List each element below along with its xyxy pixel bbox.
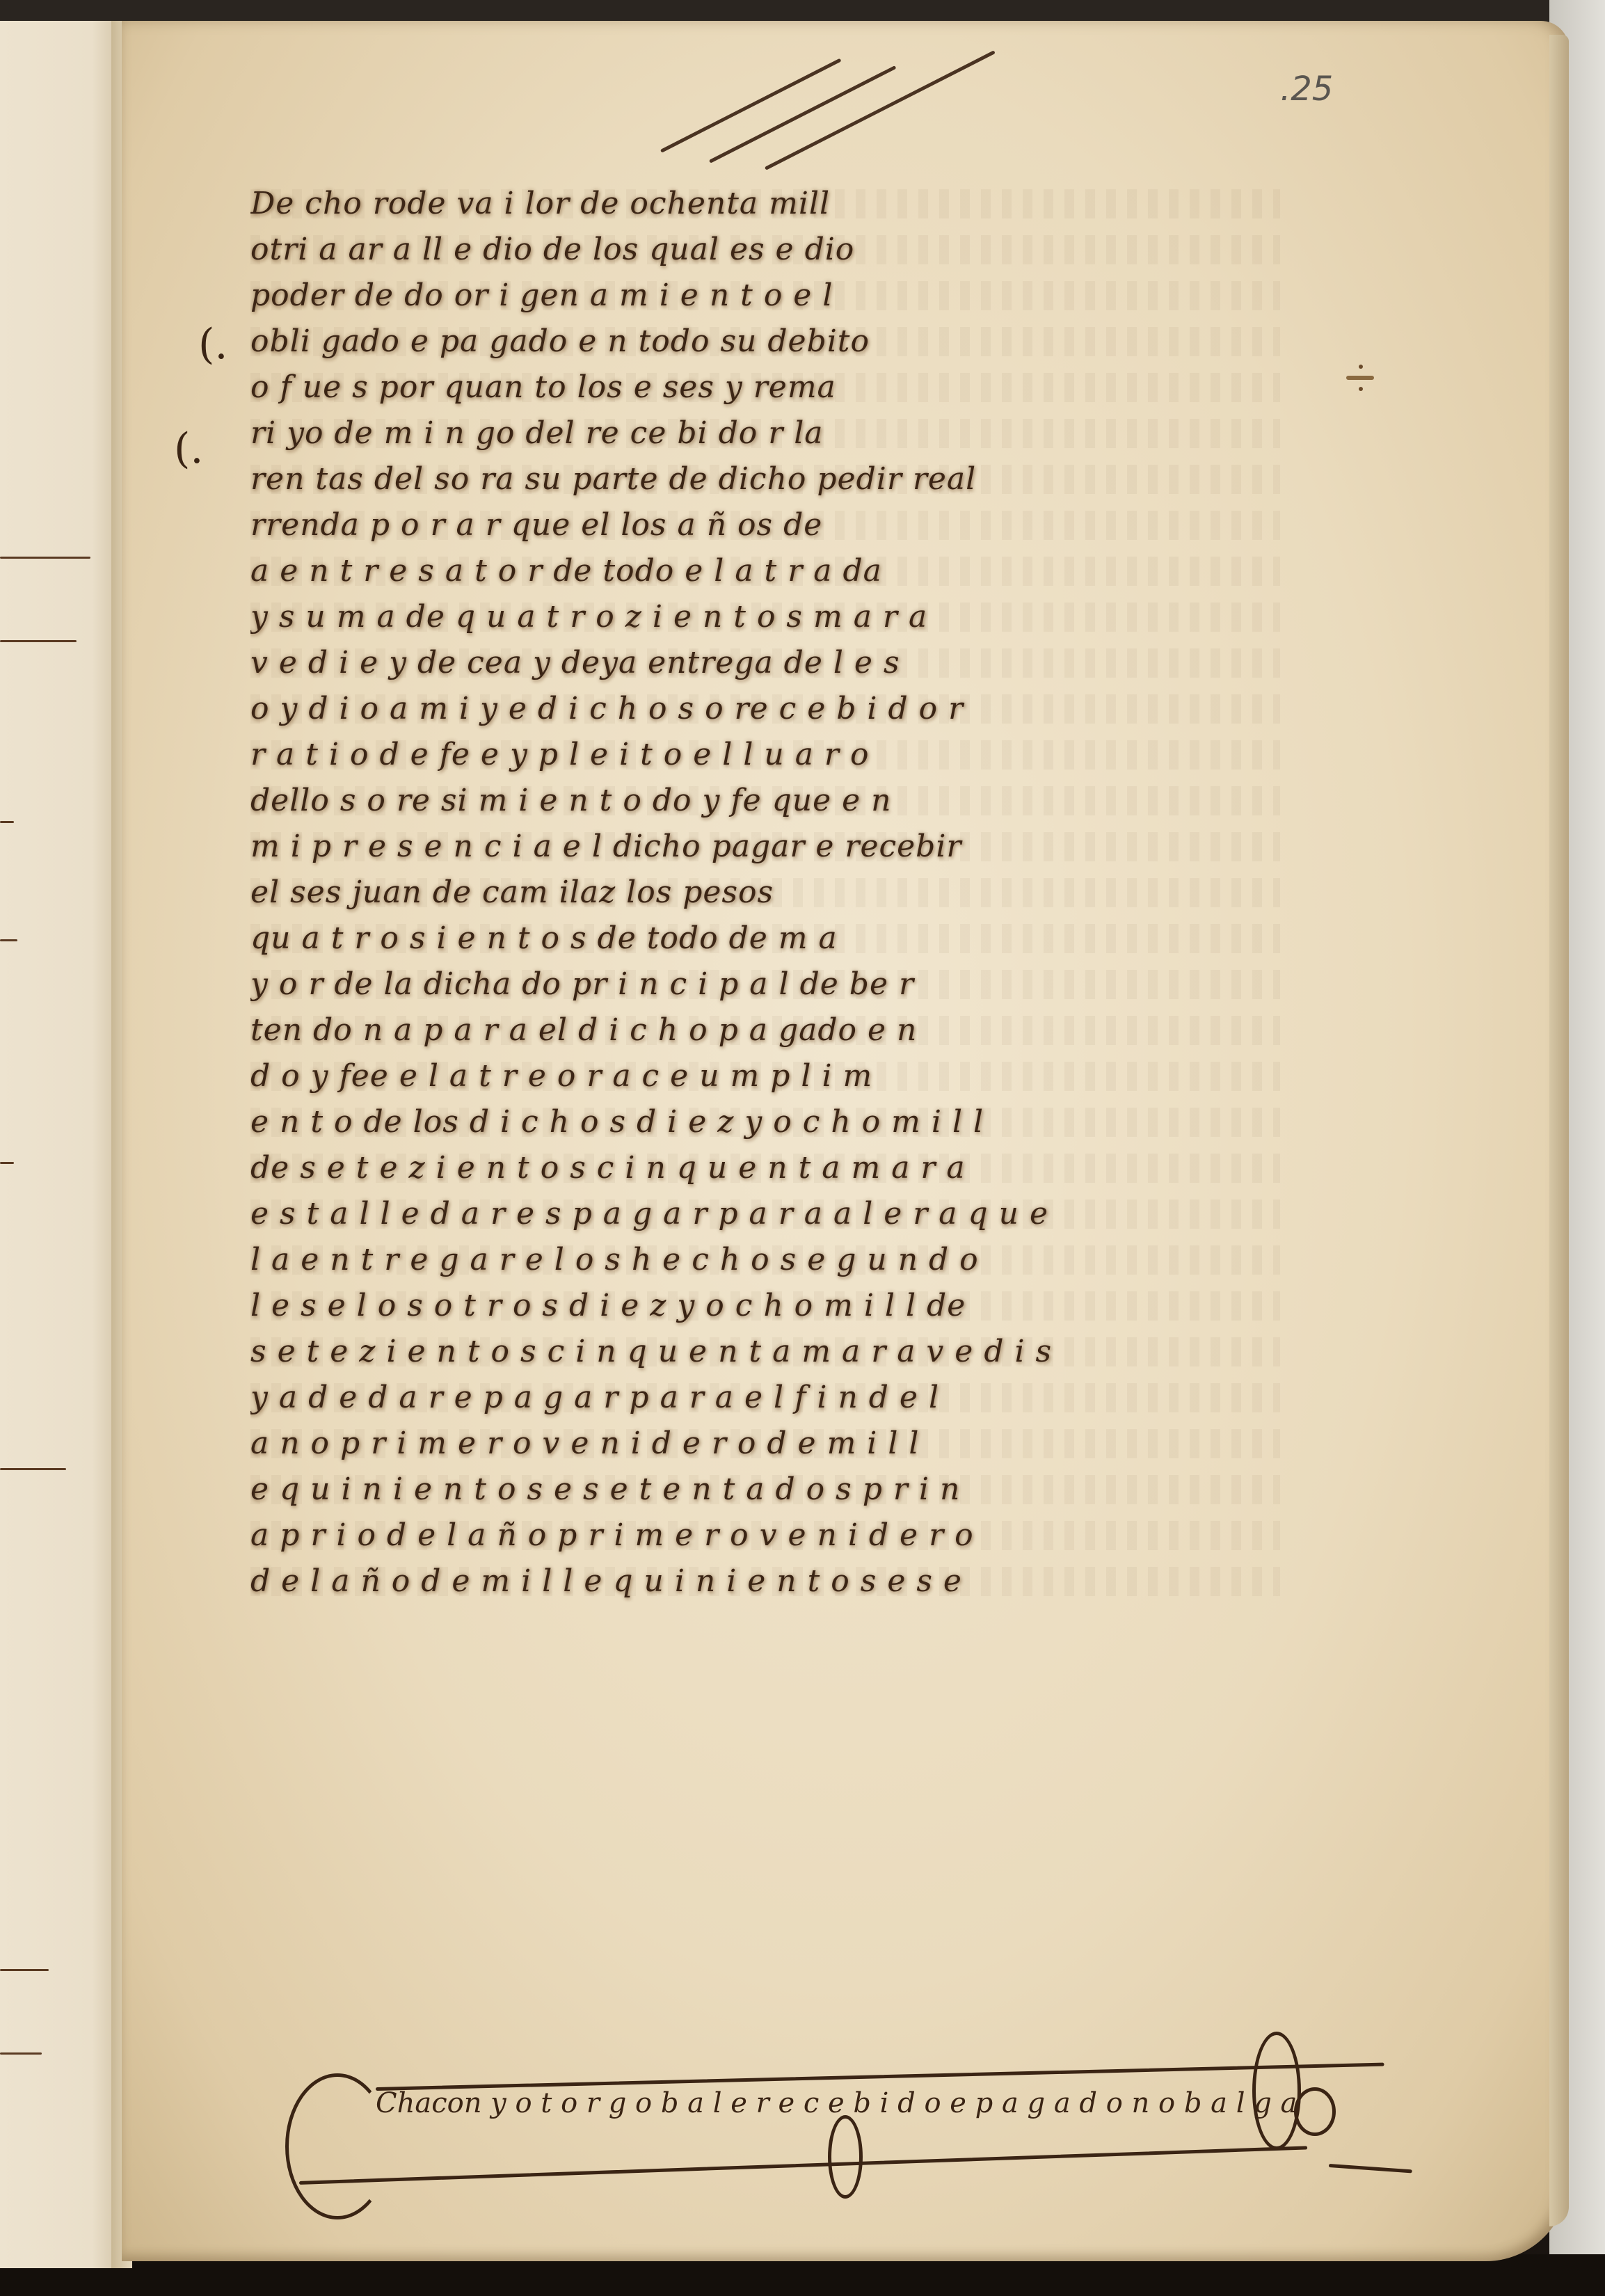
text-line: dello s o re si m i e n t o do y fe que … <box>250 778 1280 824</box>
division-mark-icon <box>1346 376 1374 380</box>
rubrica-loop <box>1294 2087 1336 2136</box>
text-line: a n o p r i m e r o v e n i d e r o d e … <box>250 1421 1280 1467</box>
text-line: y s u m a de q u a t r o z i e n t o s m… <box>250 594 1280 640</box>
text-line: otri a ar a ll e dio de los qual es e di… <box>250 227 1280 273</box>
text-line: m i p r e s e n c i a e l dicho pagar e … <box>250 824 1280 870</box>
text-line: rrenda p o r a r que el los a ñ os de <box>250 502 1280 548</box>
bleed-stroke <box>0 939 17 941</box>
bleed-stroke <box>0 640 77 642</box>
text-line: y a d e d a r e p a g a r p a r a e l f … <box>250 1375 1280 1421</box>
margin-mark: (. <box>174 424 203 473</box>
signature-box-bottom-rule <box>299 2146 1307 2185</box>
text-line: e q u i n i e n t o s e s e t e n t a d … <box>250 1467 1280 1513</box>
text-line: el ses juan de cam ilaz los pesos <box>250 870 1280 916</box>
manuscript-text-block: De cho rode va i lor de ochenta mill otr… <box>250 181 1280 1604</box>
signature-flourish-c <box>285 2073 390 2219</box>
text-line: d e l a ñ o d e m i l l e q u i n i e n … <box>250 1558 1280 1604</box>
text-line: r a t i o d e fe e y p l e i t o e l l u… <box>250 732 1280 778</box>
bleed-stroke <box>0 1969 49 1971</box>
text-line: ren tas del so ra su parte de dicho pedi… <box>250 456 1280 502</box>
text-line: d o y fee e l a t r e o r a c e u m p l … <box>250 1053 1280 1099</box>
text-line: o y d i o a m i y e d i c h o s o re c e… <box>250 686 1280 732</box>
bleed-stroke <box>0 1162 14 1164</box>
text-line: l e s e l o s o t r o s d i e z y o c h … <box>250 1283 1280 1329</box>
text-line: ri yo de m i n go del re ce bi do r la <box>250 410 1280 456</box>
bleed-stroke <box>0 821 14 823</box>
text-line: a p r i o d e l a ñ o p r i m e r o v e … <box>250 1513 1280 1558</box>
text-line: obli gado e pa gado e n todo su debito <box>250 319 1280 365</box>
bleed-stroke <box>0 557 90 559</box>
text-line: ten do n a p a r a el d i c h o p a gado… <box>250 1007 1280 1053</box>
text-line: l a e n t r e g a r e l o s h e c h o s … <box>250 1237 1280 1283</box>
text-line: poder de do or i gen a m i e n t o e l <box>250 273 1280 319</box>
bleed-stroke <box>0 2052 42 2055</box>
text-line: e n t o de los d i c h o s d i e z y o c… <box>250 1099 1280 1145</box>
text-line: s e t e z i e n t o s c i n q u e n t a … <box>250 1329 1280 1375</box>
text-line: v e d i e y de cea y deya entrega de l e… <box>250 640 1280 686</box>
text-line: De cho rode va i lor de ochenta mill <box>250 181 1280 227</box>
page-edge-stack <box>1549 35 1569 2226</box>
margin-mark: (. <box>198 320 227 369</box>
signature-text: Chacon y o t o r g o b a l e r e c e b i… <box>376 2087 1297 2119</box>
text-line: o f ue s por quan to los e ses y rema <box>250 365 1280 410</box>
text-line: de s e t e z i e n t o s c i n q u e n t… <box>250 1145 1280 1191</box>
folio-number: .25 <box>1280 70 1333 109</box>
bleed-stroke <box>0 1468 66 1470</box>
signature-box-top-rule <box>376 2063 1384 2091</box>
top-hatch-mark <box>626 42 946 160</box>
text-line: e s t a l l e d a r e s p a g a r p a r … <box>250 1191 1280 1237</box>
signature-block: Chacon y o t o r g o b a l e r e c e b i… <box>299 2059 1384 2185</box>
text-line: a e n t r e s a t o r de todo e l a t r … <box>250 548 1280 594</box>
facing-page-edge <box>0 21 116 2268</box>
text-line: qu a t r o s i e n t o s de todo de m a <box>250 916 1280 962</box>
rubrica-loop <box>828 2115 863 2199</box>
text-line: y o r de la dicha do pr i n c i p a l de… <box>250 962 1280 1007</box>
